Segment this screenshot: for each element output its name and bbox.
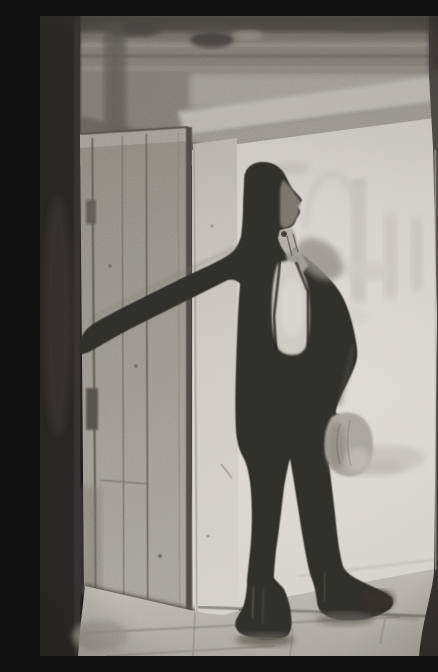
photograph [40,16,438,656]
photo-canvas [40,16,438,656]
film-grain-overlay-2 [40,16,438,656]
